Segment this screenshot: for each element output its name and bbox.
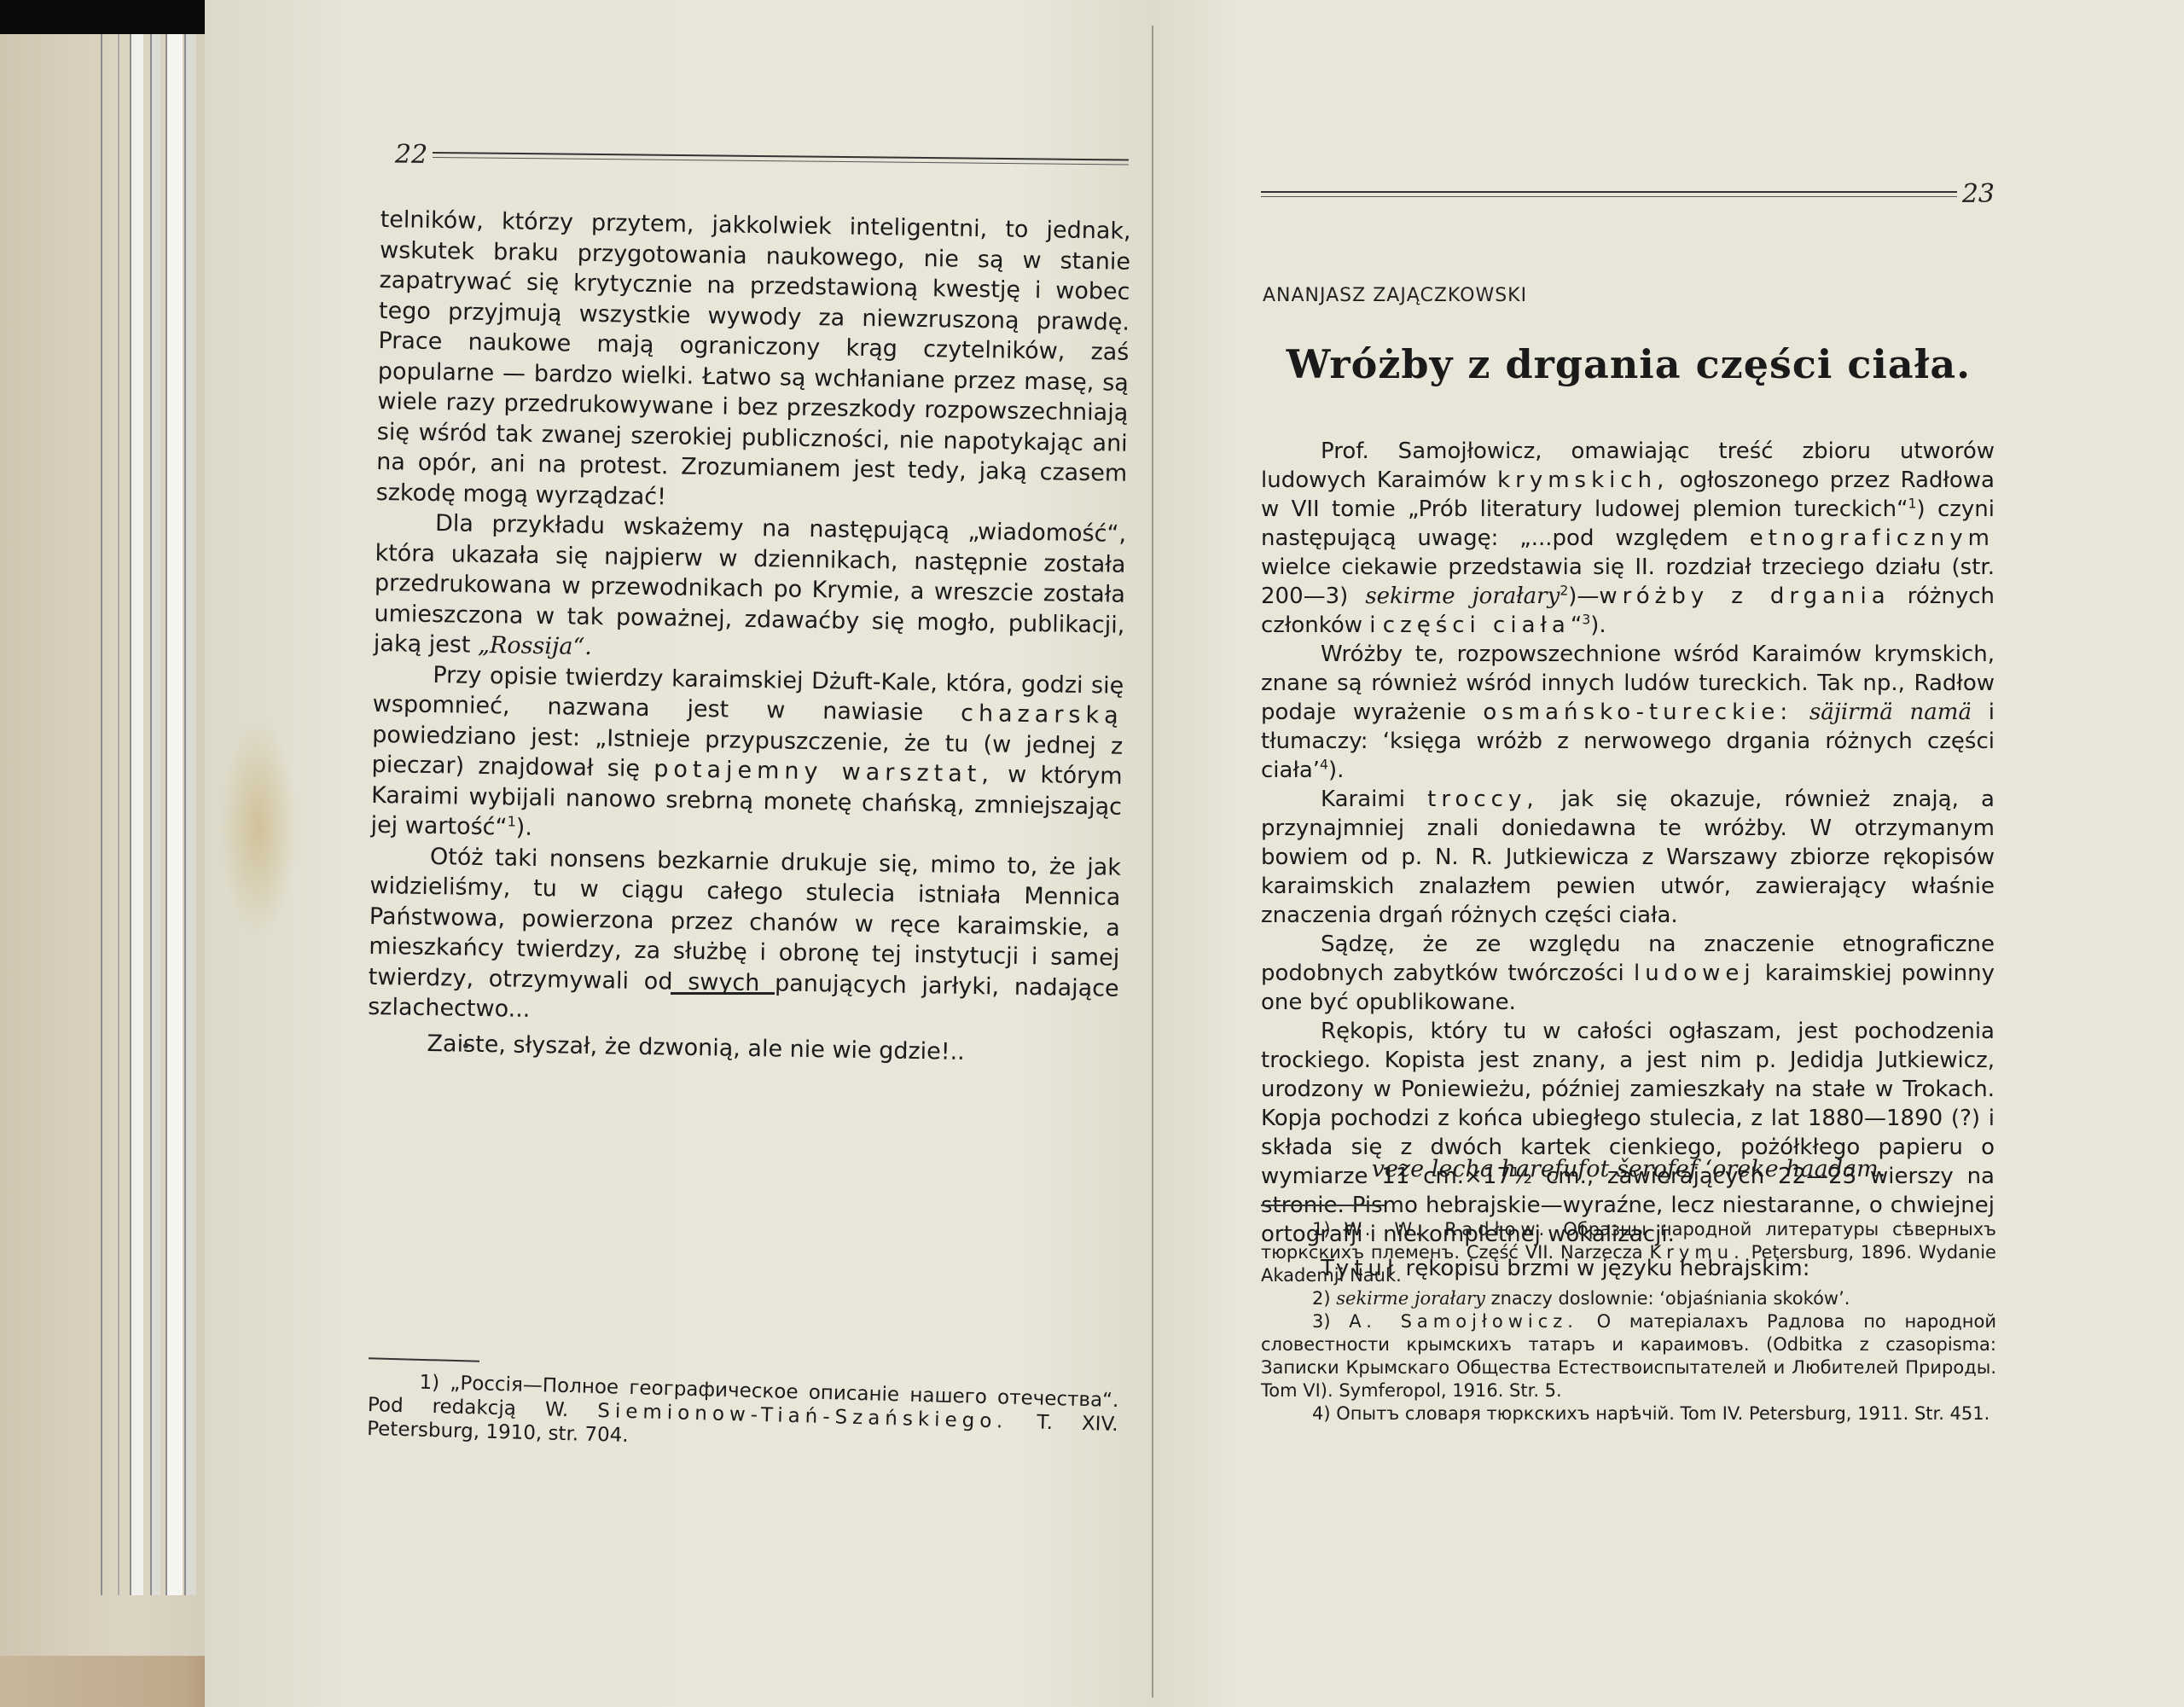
page-edge xyxy=(118,34,119,1595)
section-separator xyxy=(671,992,775,995)
page-number-left: 22 xyxy=(395,139,428,169)
page-edge xyxy=(166,34,183,1595)
paragraph: Dla przykładu wskażemy na następującą „w… xyxy=(374,508,1127,671)
right-footnotes: 1) W. W. Radłow. Образцы народной литера… xyxy=(1261,1218,1996,1425)
article-title: Wróżby z drgania części ciała. xyxy=(1261,341,1996,387)
footnote-ref[interactable]: 2 xyxy=(1560,583,1568,598)
author-byline: ANANJASZ ZAJĄCZKOWSKI xyxy=(1263,285,1527,306)
paragraph: Przy opisie twierdzy karaimskiej Dżuft-K… xyxy=(370,659,1124,852)
paragraph: Otóż taki nonsens bezkarnie drukuje się,… xyxy=(368,840,1121,1034)
water-stain xyxy=(220,717,297,938)
page-edge xyxy=(130,34,143,1595)
header-rule xyxy=(433,152,1129,165)
right-running-header: 23 xyxy=(1261,179,1995,209)
manuscript-title: veze lecha harefufot šerofef ‘oreke haad… xyxy=(1261,1156,1996,1182)
paragraph: Karaimi troccy, jak się okazuje, również… xyxy=(1261,785,1995,930)
footnote-ref[interactable]: 4 xyxy=(1320,757,1328,772)
footnote-rule xyxy=(1261,1205,1385,1206)
paragraph: Sądzę, że ze względu na znaczenie etnogr… xyxy=(1261,930,1995,1017)
paragraph: Prof. Samojłowicz, omawiając treść zbior… xyxy=(1261,437,1995,640)
footnote-ref[interactable]: 3 xyxy=(1582,612,1590,627)
page-edge xyxy=(184,34,196,1595)
left-page-body: telników, którzy przytem, jakkolwiek int… xyxy=(367,205,1131,1070)
footnote-ref[interactable]: 1 xyxy=(1908,496,1917,511)
footnote: 3) A. Samojłowicz. О матеріалахъ Радлова… xyxy=(1261,1310,1996,1402)
footnote-ref[interactable]: 1 xyxy=(507,813,516,829)
page-edge xyxy=(101,34,102,1595)
header-rule xyxy=(1261,191,1957,197)
footnote: 1) W. W. Radłow. Образцы народной литера… xyxy=(1261,1218,1996,1287)
paragraph: Rękopis, który tu w całości ogłaszam, je… xyxy=(1261,1017,1995,1249)
paragraph: telników, którzy przytem, jakkolwiek int… xyxy=(375,205,1130,520)
footnote: 4) Опытъ словаря тюркскихъ нарѣчій. Tom … xyxy=(1261,1402,1996,1425)
page-edge xyxy=(150,34,160,1595)
speck xyxy=(463,1043,468,1048)
book-page-edges xyxy=(0,34,213,1707)
paragraph: Wróżby te, rozpowszechnione wśród Karaim… xyxy=(1261,640,1995,785)
footnote: 2) sekirme jorałary znaczy doslownie: ‘o… xyxy=(1261,1287,1996,1310)
page-number-right: 23 xyxy=(1962,179,1995,209)
